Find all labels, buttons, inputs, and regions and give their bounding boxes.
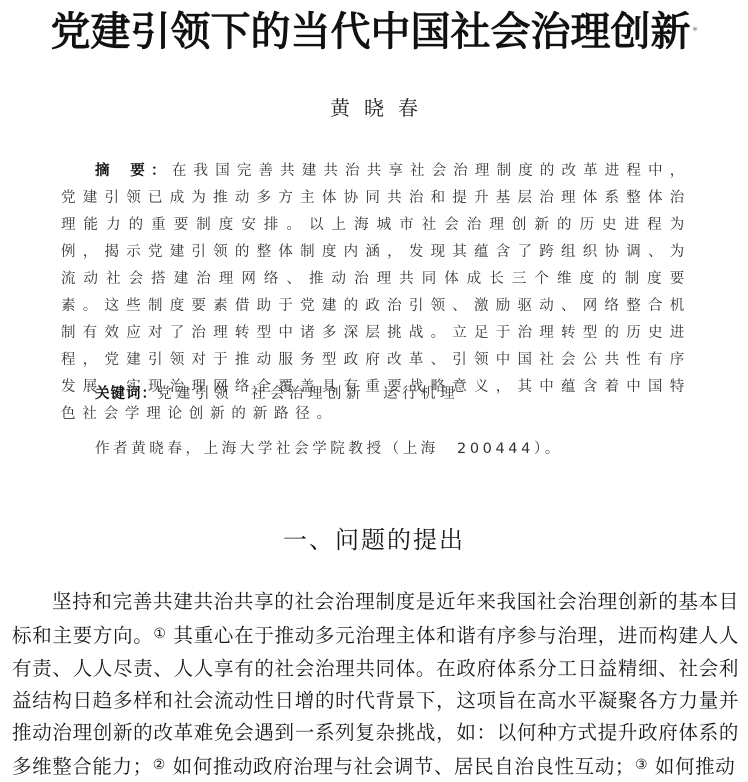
section-heading: 一、问题的提出: [0, 522, 748, 558]
paragraph-text: 如何推动政府治理与社会调节、居民自治良性互动；: [166, 755, 635, 778]
paper-title: 党建引领下的当代中国社会治理创新*: [0, 6, 748, 58]
keywords: 关键词：党建引领社会治理创新运行机理: [95, 381, 477, 408]
footnote-ref[interactable]: ①: [153, 626, 166, 642]
abstract-label-part: 摘: [95, 163, 116, 179]
keyword-item: 运行机理: [383, 386, 459, 402]
footnote-ref[interactable]: ③: [635, 757, 648, 773]
footnote-ref[interactable]: ②: [153, 757, 166, 773]
keyword-item: 社会治理创新: [251, 386, 365, 402]
author-name: 黄晓春: [0, 94, 748, 122]
abstract-label-part: 要：: [130, 163, 172, 179]
paragraph-text: 如何推动: [648, 755, 735, 778]
body-paragraph: 坚持和完善共建共治共享的社会治理制度是近年来我国社会治理创新的基本目标和主要方向…: [12, 586, 739, 782]
title-footnote-marker: *: [693, 26, 698, 37]
keywords-label: 关键词：: [95, 386, 157, 402]
author-affiliation: 作者黄晓春，上海大学社会学院教授（上海 200444）。: [95, 436, 563, 463]
paper-page: 党建引领下的当代中国社会治理创新* 黄晓春 摘要：在我国完善共建共治共享社会治理…: [0, 0, 748, 782]
abstract-label: 摘要：: [95, 163, 172, 179]
paper-title-text: 党建引领下的当代中国社会治理创新: [51, 8, 691, 55]
keyword-item: 党建引领: [157, 386, 233, 402]
